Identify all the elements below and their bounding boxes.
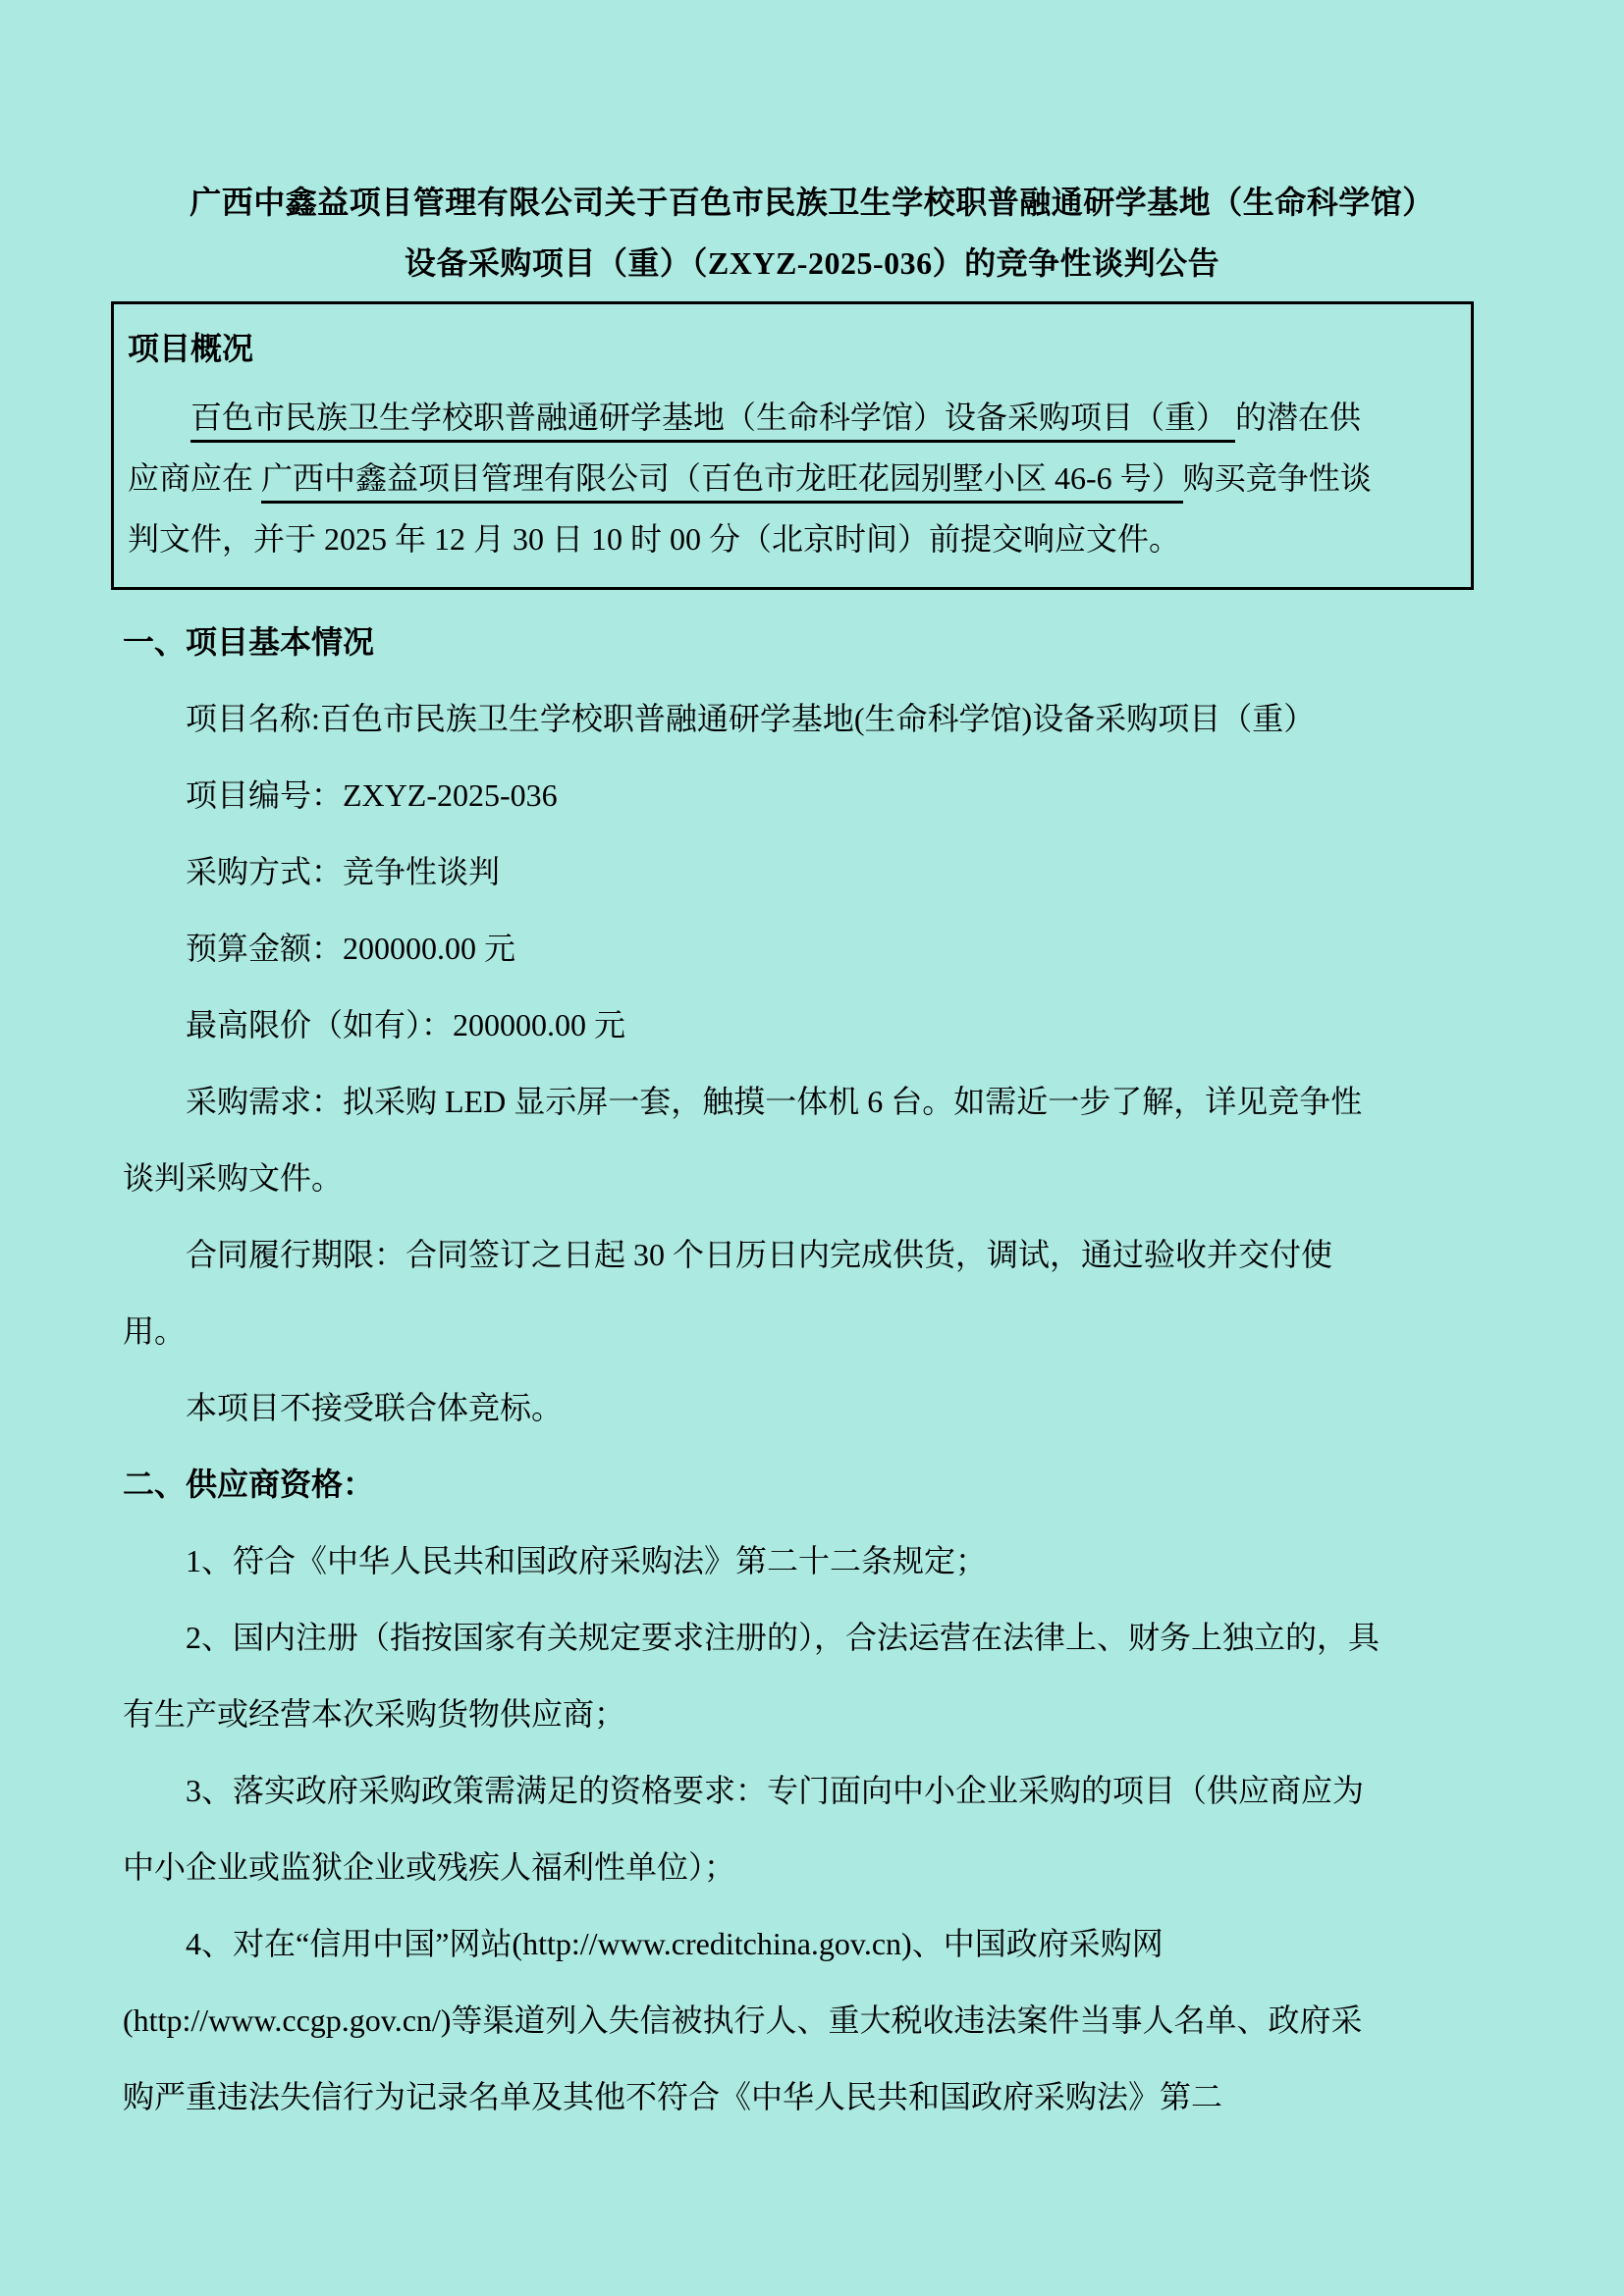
qualification-item-1: 1、符合《中华人民共和国政府采购法》第二十二条规定； <box>123 1522 1380 1599</box>
qualification-item-2: 2、国内注册（指按国家有关规定要求注册的），合法运营在法律上、财务上独立的，具有… <box>123 1599 1380 1752</box>
item-project-name: 项目名称:百色市民族卫生学校职普融通研学基地(生命科学馆)设备采购项目（重） <box>123 680 1380 757</box>
item-contract-period: 合同履行期限：合同签订之日起 30 个日历日内完成供货，调试，通过验收并交付使用… <box>123 1216 1380 1369</box>
item-project-number: 项目编号：ZXYZ-2025-036 <box>123 757 1380 833</box>
document-title: 广西中鑫益项目管理有限公司关于百色市民族卫生学校职普融通研学基地（生命科学馆） … <box>0 172 1624 294</box>
overview-project-name: 百色市民族卫生学校职普融通研学基地（生命科学馆）设备采购项目（重） <box>190 400 1235 443</box>
title-line-2: 设备采购项目（重）（ZXYZ-2025-036）的竞争性谈判公告 <box>0 233 1624 294</box>
item-procurement-method: 采购方式：竞争性谈判 <box>123 833 1380 910</box>
item-procurement-demand: 采购需求：拟采购 LED 显示屏一套，触摸一体机 6 台。如需近一步了解，详见竞… <box>123 1063 1380 1216</box>
item-no-consortium: 本项目不接受联合体竞标。 <box>123 1369 1380 1446</box>
overview-paragraph: 百色市民族卫生学校职普融通研学基地（生命科学馆）设备采购项目（重） 的潜在供应商… <box>128 387 1384 569</box>
overview-agency-name: 广西中鑫益项目管理有限公司（百色市龙旺花园别墅小区 46-6 号） <box>261 460 1183 504</box>
qualification-item-4: 4、对在“信用中国”网站(http://www.creditchina.gov.… <box>123 1905 1380 2135</box>
qualification-item-3: 3、落实政府采购政策需满足的资格要求：专门面向中小企业采购的项目（供应商应为中小… <box>123 1752 1380 1905</box>
section1-heading: 一、项目基本情况 <box>123 604 1380 680</box>
item-max-price: 最高限价（如有）：200000.00 元 <box>123 987 1380 1063</box>
section2-heading: 二、供应商资格： <box>123 1446 1380 1522</box>
title-line-1: 广西中鑫益项目管理有限公司关于百色市民族卫生学校职普融通研学基地（生命科学馆） <box>0 172 1624 233</box>
document-body: 一、项目基本情况 项目名称:百色市民族卫生学校职普融通研学基地(生命科学馆)设备… <box>123 604 1380 2135</box>
overview-heading: 项目概况 <box>128 318 1384 379</box>
project-overview-box: 项目概况 百色市民族卫生学校职普融通研学基地（生命科学馆）设备采购项目（重） 的… <box>111 301 1474 590</box>
document-page: 广西中鑫益项目管理有限公司关于百色市民族卫生学校职普融通研学基地（生命科学馆） … <box>0 0 1624 2296</box>
item-budget-amount: 预算金额：200000.00 元 <box>123 910 1380 987</box>
